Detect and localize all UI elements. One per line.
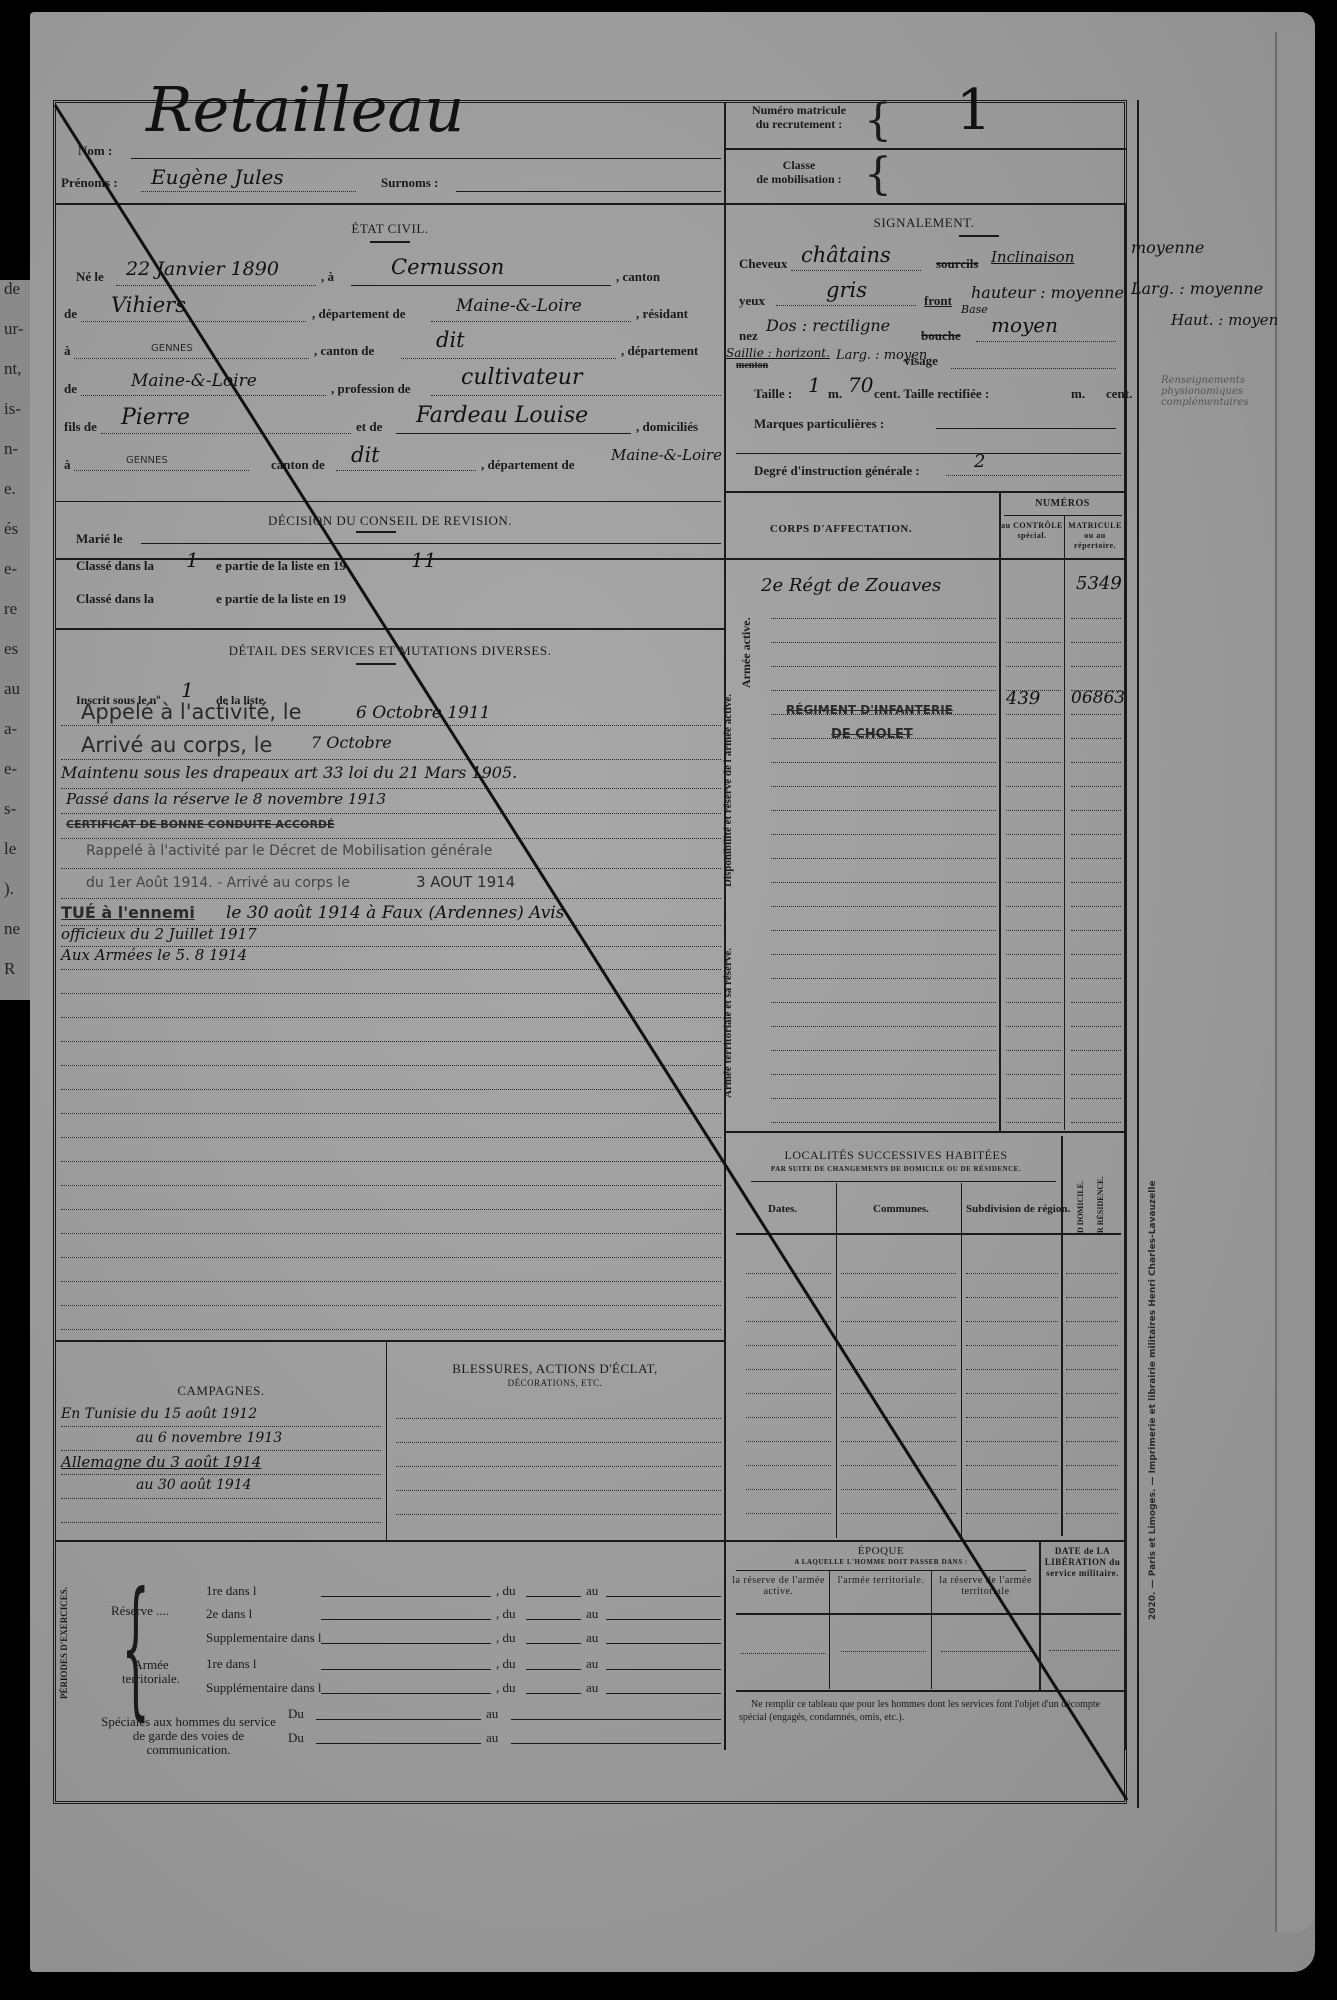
periode-row-label: au — [486, 1730, 498, 1746]
field-line — [101, 433, 351, 434]
reserve-label: Réserve .... — [111, 1603, 169, 1619]
ruled-line — [841, 1465, 956, 1466]
matricule-value: 1 — [956, 78, 992, 143]
localites-subtitle: PAR SUITE DE CHANGEMENTS DE DOMICILE OU … — [736, 1165, 1056, 1173]
periode-row-label: au — [586, 1656, 598, 1672]
etat-civil-title: ÉTAT CIVIL. — [56, 221, 724, 237]
ruled-line — [526, 1643, 581, 1644]
ruled-line — [771, 714, 996, 715]
ruled-line — [771, 738, 996, 739]
ruled-line — [841, 1321, 956, 1322]
front-label: front — [924, 293, 952, 309]
divider — [736, 1570, 1026, 1571]
ruled-line — [1071, 714, 1121, 715]
departement-value: Maine-&-Loire — [611, 446, 722, 464]
ruled-line — [1071, 834, 1121, 835]
armee-active-value: 2e Régt de Zouaves — [761, 575, 941, 596]
ruled-line — [1066, 1297, 1118, 1298]
ruled-line — [61, 868, 721, 869]
profession-label: , profession de — [331, 381, 411, 397]
ruled-line — [606, 1693, 721, 1694]
ruled-line — [1071, 738, 1121, 739]
ruled-line — [746, 1417, 831, 1418]
ruled-line — [746, 1369, 831, 1370]
ruled-line — [771, 1122, 996, 1123]
campagne-line: au 30 août 1914 — [136, 1477, 252, 1493]
ruled-line — [1066, 1321, 1118, 1322]
taille-label: Taille : — [754, 386, 792, 402]
ruled-line — [771, 978, 996, 979]
imprint-rule — [1137, 100, 1139, 1808]
front-extra: Larg. : moyenne — [1131, 279, 1263, 298]
ruled-line — [321, 1619, 491, 1620]
divider — [726, 558, 1124, 560]
bouche-label: bouche — [921, 328, 961, 344]
ruled-line — [771, 786, 996, 787]
ruled-line — [841, 1369, 956, 1370]
field-line — [336, 470, 476, 471]
ruled-line — [396, 1418, 721, 1419]
inscrit-value: 1 — [181, 678, 194, 702]
ruled-line — [966, 1417, 1058, 1418]
periode-row-label: , du — [496, 1606, 516, 1622]
ruled-line — [321, 1643, 491, 1644]
periode-row-label: au — [486, 1706, 498, 1722]
divider — [56, 203, 1124, 205]
nom-value: Retailleau — [146, 73, 464, 146]
divider — [736, 1613, 1121, 1615]
column-divider — [1061, 1136, 1063, 1536]
nez-value: Dos : rectiligne — [766, 316, 890, 335]
field-line — [736, 453, 1121, 454]
column-divider — [836, 1183, 837, 1538]
ruled-line — [771, 906, 996, 907]
ruled-line — [841, 1513, 956, 1514]
menton-value: Saillie : horizont. — [726, 346, 830, 360]
ruled-line — [1006, 762, 1061, 763]
brace-icon: { — [121, 1573, 150, 1723]
ruled-line — [1006, 666, 1061, 667]
fils-de-label: fils de — [64, 419, 97, 435]
ruled-line — [771, 1002, 996, 1003]
matricule-column-header: MATRICULE ou au répertoire. — [1066, 521, 1124, 551]
ruled-line — [1006, 738, 1061, 739]
ruled-line — [61, 1522, 381, 1523]
ruled-line — [1006, 1122, 1061, 1123]
prev-page-text: e- — [4, 760, 17, 777]
surnoms-label: Surnoms : — [381, 175, 438, 191]
ruled-line — [1066, 1273, 1118, 1274]
matricule-label: Numéro matriculedu recrutement : — [739, 103, 859, 131]
ruled-line — [61, 1305, 721, 1306]
ruled-line — [966, 1369, 1058, 1370]
ruled-line — [1006, 810, 1061, 811]
divider — [736, 1233, 1121, 1235]
ruled-line — [606, 1643, 721, 1644]
departement-label: , département de — [481, 457, 575, 473]
surnoms-line — [456, 191, 721, 192]
prev-page-text: ). — [4, 880, 14, 897]
dates-column-header: Dates. — [768, 1203, 797, 1215]
territoriale-label: Armée territoriale et sa réserve. — [722, 923, 735, 1123]
column-divider — [1064, 515, 1065, 1130]
ruled-line — [1066, 1393, 1118, 1394]
ruled-line — [1071, 954, 1121, 955]
ruled-line — [1071, 1050, 1121, 1051]
prev-page-text: ur- — [4, 320, 23, 337]
domicile-column-header: D DOMICILE. — [1076, 1181, 1085, 1233]
brace-icon: { — [864, 99, 892, 143]
field-line — [431, 321, 631, 322]
ruled-line — [1071, 978, 1121, 979]
profession-value: cultivateur — [461, 365, 583, 390]
ruled-line — [1071, 690, 1121, 691]
periodes-side-label: PÉRIODES D'EXERCICES. — [59, 1573, 70, 1713]
appele-value: 6 Octobre 1911 — [356, 703, 490, 723]
ruled-line — [771, 1074, 996, 1075]
disponibilite-controle: 439 — [1006, 688, 1040, 709]
field-line — [941, 1651, 1031, 1652]
title-underline — [356, 663, 396, 665]
prenoms-value: Eugène Jules — [151, 165, 284, 189]
yeux-value: gris — [826, 278, 867, 302]
partie-label: e partie de la liste en 19 — [216, 591, 346, 607]
a-label: , à — [321, 269, 334, 285]
certificat-stamp: CERTIFICAT DE BONNE CONDUITE ACCORDÉ — [66, 818, 335, 831]
title-underline — [959, 235, 999, 237]
territoriale-label: Armée territoriale. — [116, 1658, 186, 1686]
periode-row-label: au — [586, 1583, 598, 1599]
ruled-line — [61, 1017, 721, 1018]
ruled-line — [746, 1297, 831, 1298]
departement-label: , département de — [312, 306, 406, 322]
ruled-line — [771, 834, 996, 835]
residant-label: , résidant — [636, 306, 688, 322]
ruled-line — [746, 1273, 831, 1274]
ruled-line — [771, 954, 996, 955]
de-label: de — [64, 381, 77, 397]
departement-label: , département — [621, 343, 698, 359]
ruled-line — [1066, 1417, 1118, 1418]
sourcils-extra: moyenne — [1131, 238, 1204, 257]
maintenu-line: Maintenu sous les drapeaux art 33 loi du… — [61, 763, 517, 782]
canton-value: Vihiers — [111, 293, 186, 317]
epoque-col-territoriale: l'armée territoriale. — [832, 1575, 930, 1586]
ruled-line — [1006, 978, 1061, 979]
canton-label: canton de — [271, 457, 325, 473]
ruled-line — [1066, 1513, 1118, 1514]
controle-column-header: au CONTRÔLE spécial. — [1001, 521, 1063, 541]
periode-row-label: Supplementaire dans l — [206, 1630, 322, 1646]
sourcils-value: Inclinaison — [991, 248, 1074, 266]
residence-column-header: R RÉSIDENCE. — [1096, 1177, 1105, 1233]
ruled-line — [1006, 690, 1061, 691]
ruled-line — [61, 898, 721, 899]
ruled-line — [61, 1233, 721, 1234]
field-line — [74, 358, 309, 359]
ruled-line — [1071, 786, 1121, 787]
ruled-line — [321, 1669, 491, 1670]
passe-line: Passé dans la réserve le 8 novembre 1913 — [66, 790, 386, 808]
ruled-line — [966, 1393, 1058, 1394]
field-line — [141, 543, 721, 544]
periode-row-label: , du — [496, 1680, 516, 1696]
ruled-line — [606, 1669, 721, 1670]
ruled-line — [966, 1321, 1058, 1322]
ruled-line — [841, 1417, 956, 1418]
partie-value: 1 — [186, 548, 199, 572]
campagne-line: au 6 novembre 1913 — [136, 1430, 282, 1446]
domicilies-label: , domiciliés — [636, 419, 698, 435]
brace-icon: { — [864, 153, 892, 197]
field-line — [946, 475, 1121, 476]
cheveux-value: châtains — [801, 243, 891, 267]
field-line — [951, 368, 1116, 369]
prev-page-text: de — [4, 280, 20, 297]
ruled-line — [771, 618, 996, 619]
ruled-line — [396, 1466, 721, 1467]
registration-form: Retailleau Nom : Prénoms : Eugène Jules … — [53, 100, 1127, 1804]
ruled-line — [61, 1137, 721, 1138]
ruled-line — [1071, 642, 1121, 643]
base-note: Base — [961, 303, 988, 316]
ruled-line — [1006, 858, 1061, 859]
taille-rectifiee-label: cent. Taille rectifiée : — [874, 386, 989, 402]
ruled-line — [61, 1065, 721, 1066]
numeros-title: NUMÉROS — [1001, 498, 1124, 509]
field-line — [81, 395, 326, 396]
field-line — [396, 433, 631, 434]
rappele-stamp: Rappelé à l'activité par le Décret de Mo… — [86, 843, 492, 859]
field-line — [74, 470, 249, 471]
prev-page-text: n- — [4, 440, 18, 457]
prev-page-text: le — [4, 840, 16, 857]
prev-page-text: e. — [4, 480, 16, 497]
nez-label: nez — [739, 328, 758, 344]
ruled-line — [61, 1185, 721, 1186]
field-line — [936, 428, 1116, 429]
ruled-line — [746, 1321, 831, 1322]
epoque-col-reserve-territoriale: la réserve de l'armée territoriale — [934, 1575, 1037, 1597]
campagnes-title: CAMPAGNES. — [56, 1383, 386, 1399]
a-label: à — [64, 343, 71, 359]
nom-line — [131, 158, 721, 159]
ruled-line — [841, 1489, 956, 1490]
prev-page-text: re — [4, 600, 17, 617]
ruled-line — [966, 1513, 1058, 1514]
ruled-line — [771, 762, 996, 763]
ruled-line — [61, 1257, 721, 1258]
classe-label: Classede mobilisation : — [739, 158, 859, 186]
ruled-line — [771, 690, 996, 691]
mother-name-value: Fardeau Louise — [416, 403, 588, 428]
ne-le-label: Né le — [76, 269, 104, 285]
column-divider — [999, 491, 1001, 1131]
ruled-line — [746, 1489, 831, 1490]
blessures-subtitle: DÉCORATIONS, ETC. — [386, 1378, 724, 1388]
title-underline — [356, 531, 396, 533]
prev-page-text: R — [4, 960, 15, 977]
field-line — [741, 1653, 826, 1654]
ruled-line — [396, 1514, 721, 1515]
ruled-line — [316, 1743, 481, 1744]
field-line — [401, 358, 616, 359]
periode-row-label: au — [586, 1680, 598, 1696]
ruled-line — [61, 1426, 381, 1427]
right-divider — [1124, 203, 1126, 1540]
ruled-line — [1006, 1074, 1061, 1075]
ruled-line — [526, 1669, 581, 1670]
ruled-line — [61, 1113, 721, 1114]
aux-armees-line: Aux Armées le 5. 8 1914 — [61, 946, 247, 964]
localites-title: LOCALITÉS SUCCESSIVES HABITÉES — [736, 1148, 1056, 1163]
margin-note: Renseignements physionomiques complément… — [1161, 375, 1271, 408]
ruled-line — [1071, 1002, 1121, 1003]
yeux-label: yeux — [739, 293, 765, 309]
ruled-line — [841, 1393, 956, 1394]
ruled-line — [1071, 906, 1121, 907]
ruled-line — [61, 813, 721, 814]
ruled-line — [1071, 618, 1121, 619]
prev-page-text: ne — [4, 920, 20, 937]
ruled-line — [61, 1329, 721, 1330]
corps-affectation-title: CORPS D'AFFECTATION. — [726, 523, 956, 535]
ruled-line — [511, 1743, 721, 1744]
ruled-line — [1006, 882, 1061, 883]
ruled-line — [61, 1209, 721, 1210]
periode-row-label: , du — [496, 1656, 516, 1672]
canton-value: dit — [351, 443, 380, 467]
ruled-line — [746, 1465, 831, 1466]
ruled-line — [1071, 882, 1121, 883]
field-line — [351, 285, 611, 286]
de-label: de — [64, 306, 77, 322]
ruled-line — [1006, 954, 1061, 955]
canton-label: , canton — [616, 269, 660, 285]
divider — [751, 1181, 1056, 1182]
conseil-revision-title: DÉCISION DU CONSEIL DE REVISION. — [56, 513, 724, 529]
rectif-m-label: m. — [1071, 386, 1085, 402]
father-name-value: Pierre — [121, 405, 190, 430]
ruled-line — [966, 1273, 1058, 1274]
ruled-line — [1071, 762, 1121, 763]
bouche-value: moyen — [991, 313, 1058, 337]
ruled-line — [841, 1345, 956, 1346]
field-line — [976, 341, 1116, 342]
marques-label: Marques particulières : — [754, 416, 884, 432]
imprint-text: 2020. — Paris et Limoges. — Imprimerie e… — [1148, 1180, 1158, 1620]
ruled-line — [1006, 714, 1061, 715]
ruled-line — [1066, 1345, 1118, 1346]
ruled-line — [61, 1474, 381, 1475]
divider — [726, 491, 1126, 493]
title-underline — [370, 241, 410, 243]
ruled-line — [1071, 930, 1121, 931]
tue-value: le 30 août 1914 à Faux (Ardennes) Avis — [226, 903, 564, 923]
prev-page-text: s- — [4, 800, 16, 817]
ruled-line — [1071, 1122, 1121, 1123]
taille-cent-value: 70 — [848, 373, 873, 397]
field-line — [776, 305, 916, 306]
ruled-line — [966, 1465, 1058, 1466]
periode-row-label: au — [586, 1630, 598, 1646]
communes-column-header: Communes. — [873, 1203, 929, 1215]
ruled-line — [771, 1098, 996, 1099]
ruled-line — [1066, 1489, 1118, 1490]
ruled-line — [511, 1719, 721, 1720]
ruled-line — [771, 1050, 996, 1051]
ruled-line — [1071, 666, 1121, 667]
canton-value: dit — [436, 328, 465, 352]
ruled-line — [61, 993, 721, 994]
bouche-extra: Haut. : moyen — [1171, 311, 1278, 329]
taille-m-label: m. — [828, 386, 842, 402]
ruled-line — [746, 1345, 831, 1346]
ruled-line — [841, 1273, 956, 1274]
ruled-line — [1071, 1074, 1121, 1075]
birth-date-value: 22 Janvier 1890 — [126, 258, 279, 280]
ruled-line — [61, 1089, 721, 1090]
ruled-line — [606, 1596, 721, 1597]
prev-page-text: a- — [4, 720, 17, 737]
divider — [726, 148, 1126, 150]
et-de-label: et de — [356, 419, 382, 435]
instruction-value: 2 — [974, 451, 985, 472]
year-value: 11 — [411, 548, 436, 572]
ruled-line — [1066, 1369, 1118, 1370]
ruled-line — [771, 810, 996, 811]
nom-label: Nom : — [78, 143, 112, 159]
ruled-line — [966, 1297, 1058, 1298]
ruled-line — [746, 1393, 831, 1394]
ruled-line — [61, 969, 721, 970]
prenoms-line — [141, 191, 356, 192]
visage-label: visage — [904, 353, 938, 369]
epoque-col-reserve-active: la réserve de l'armée active. — [731, 1575, 826, 1597]
ruled-line — [771, 882, 996, 883]
prev-page-text: nt, — [4, 360, 21, 377]
prev-page-text: au — [4, 680, 20, 697]
column-divider — [724, 1540, 726, 1750]
ruled-line — [321, 1693, 491, 1694]
ruled-line — [61, 1450, 381, 1451]
campagne-line: Allemagne du 3 août 1914 — [61, 1453, 261, 1471]
divider — [56, 558, 724, 560]
birth-place-value: Cernusson — [391, 255, 504, 279]
ruled-line — [321, 1596, 491, 1597]
ruled-line — [841, 1441, 956, 1442]
ruled-line — [1066, 1441, 1118, 1442]
residence-commune-value: GENNES — [151, 343, 193, 354]
ruled-line — [1006, 618, 1061, 619]
officieux-line: officieux du 2 Juillet 1917 — [61, 925, 257, 943]
divider — [56, 628, 724, 630]
page-edge — [1275, 32, 1315, 1932]
instruction-label: Degré d'instruction générale : — [754, 463, 920, 479]
field-line — [81, 321, 306, 322]
taille-m-value: 1 — [808, 373, 821, 397]
prenoms-label: Prénoms : — [61, 175, 118, 191]
speciales-label: Spéciales aux hommes du service de garde… — [96, 1715, 281, 1757]
ruled-line — [61, 1161, 721, 1162]
departement-value: Maine-&-Loire — [131, 371, 257, 391]
armee-active-matricule: 5349 — [1076, 573, 1122, 594]
field-line — [431, 395, 721, 396]
tue-stamp: TUÉ à l'ennemi — [61, 903, 195, 922]
ruled-line — [966, 1489, 1058, 1490]
column-divider — [931, 1571, 932, 1689]
divider — [56, 1340, 724, 1342]
